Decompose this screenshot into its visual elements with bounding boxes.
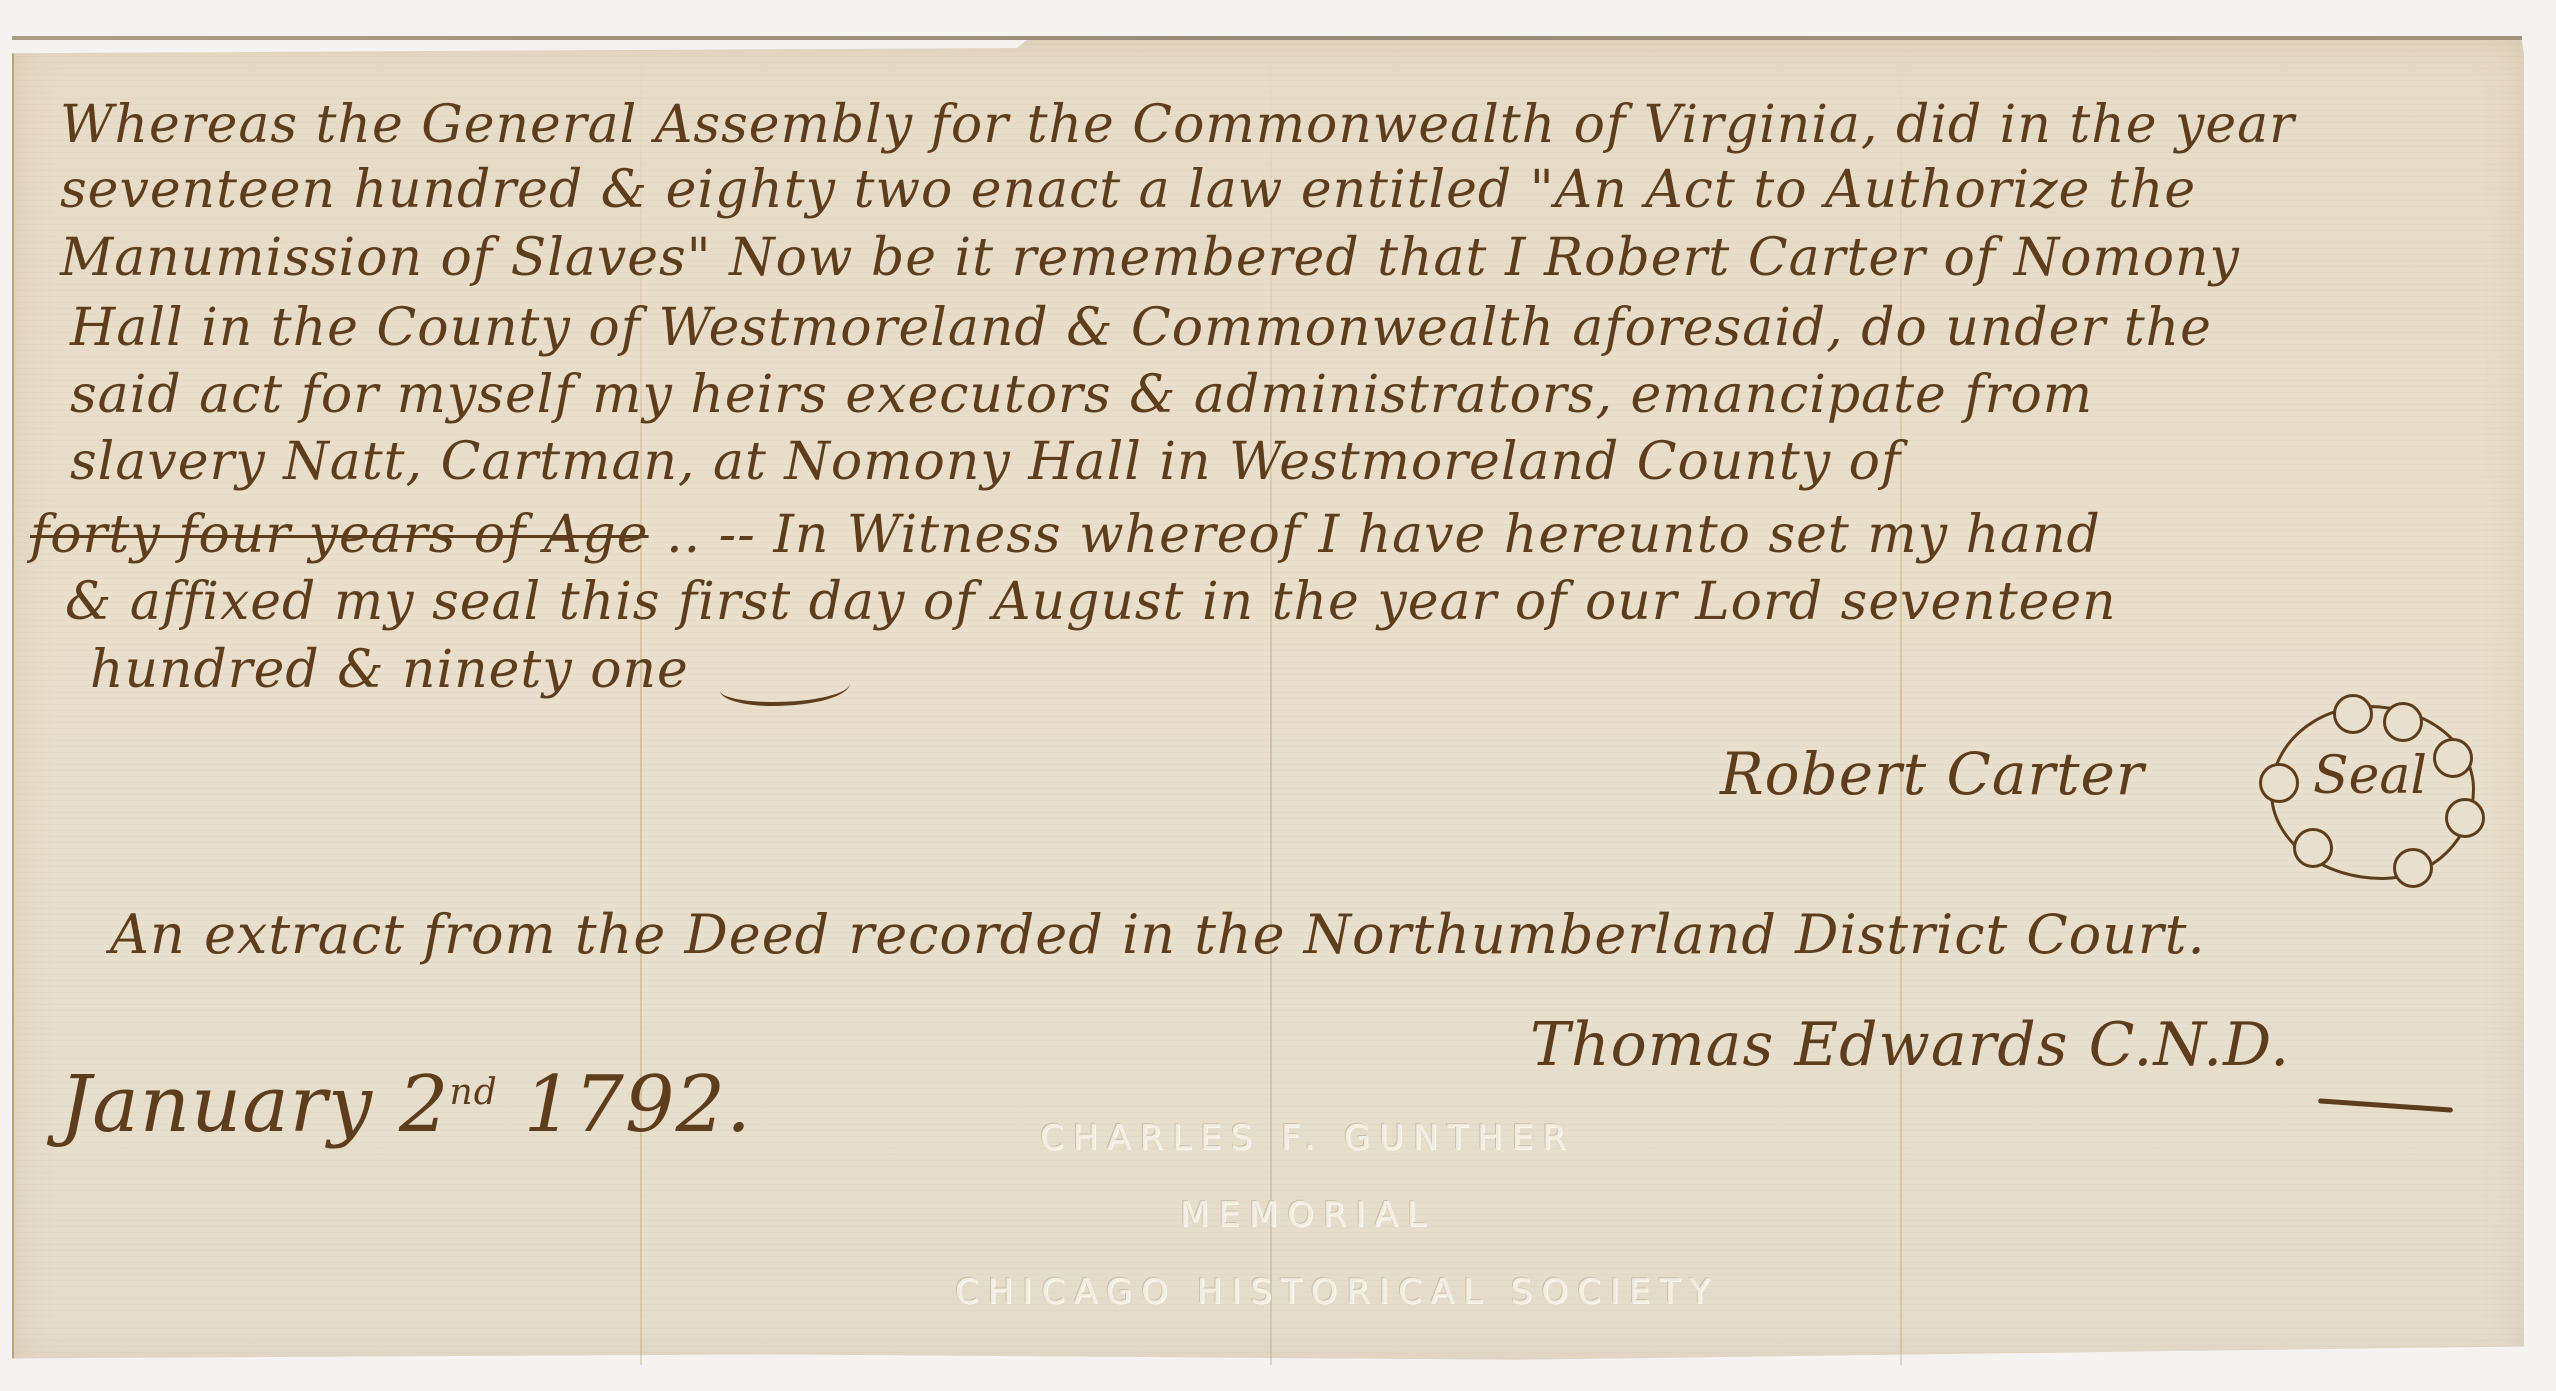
body-line-8: & affixed my seal this first day of Augu… [65,572,2117,632]
seal-scallop [2383,702,2423,742]
body-line-7: forty four years of Age .. -- In Witness… [30,505,2101,565]
extract-line: An extract from the Deed recorded in the… [110,905,2206,965]
clerk-signature: Thomas Edwards C.N.D. [1530,1010,2290,1080]
seal-label: Seal [2313,746,2427,806]
grantor-signature: Robert Carter [1720,740,2145,808]
document-date: January 2nd 1792. [60,1060,752,1150]
seal-scallop [2333,694,2373,734]
seal-mark: Seal [2270,705,2475,880]
seal-scallop [2293,828,2333,868]
body-line-9: hundred & ninety one [90,640,689,700]
emboss-line-3: CHICAGO HISTORICAL SOCIETY [955,1272,1719,1312]
body-line-3: Manumission of Slaves" Now be it remembe… [60,228,2240,288]
body-line-4: Hall in the County of Westmoreland & Com… [70,298,2212,358]
body-line-5: said act for myself my heirs executors &… [70,365,2093,425]
struck-text: forty four years of Age [30,505,649,565]
body-line-2: seventeen hundred & eighty two enact a l… [60,160,2196,220]
seal-scallop [2433,738,2473,778]
seal-scallop [2259,763,2299,803]
date-year: 1792. [524,1060,752,1150]
date-month: January [60,1060,373,1150]
emboss-line-1: CHARLES F. GUNTHER [1040,1118,1575,1158]
seal-scallop [2445,798,2485,838]
body-line-1: Whereas the General Assembly for the Com… [60,95,2295,155]
date-day: 2 [399,1060,450,1150]
emboss-line-2: MEMORIAL [1180,1195,1435,1235]
seal-scallop [2393,848,2433,888]
body-line-7-rest: .. -- In Witness whereof I have hereunto… [649,505,2101,565]
date-ordinal: nd [450,1072,498,1113]
body-line-6: slavery Natt, Cartman, at Nomony Hall in… [70,432,1901,492]
